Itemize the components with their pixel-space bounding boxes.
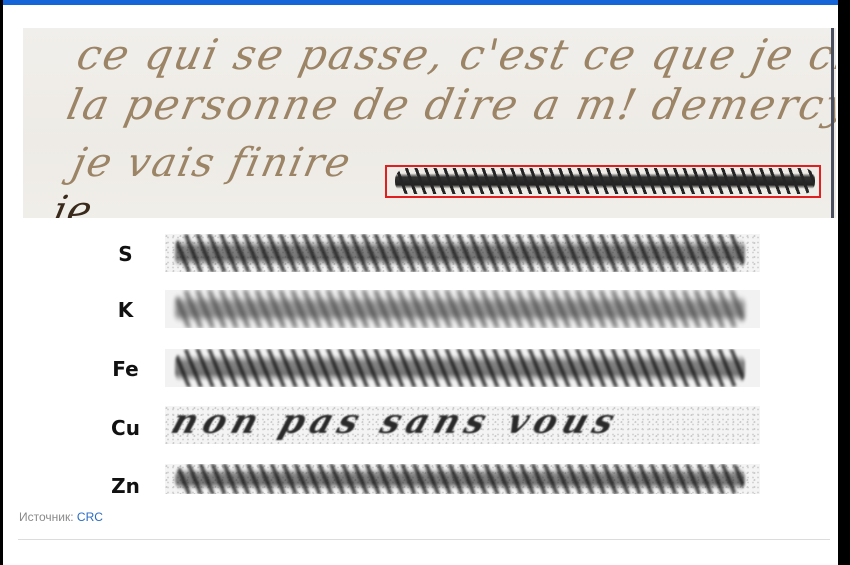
element-label: S <box>103 242 148 266</box>
scan-row-fe: Fe <box>3 347 838 391</box>
image-edge <box>831 28 834 218</box>
element-label: Zn <box>103 474 148 498</box>
article-page: ce qui se passe, c'est ce que je charge … <box>3 0 838 565</box>
source-link[interactable]: CRC <box>77 510 103 524</box>
scan-row-k: K <box>3 290 838 334</box>
scan-row-s: S <box>3 234 838 278</box>
scan-row-zn: Zn <box>3 460 838 504</box>
revealed-text: non pas sans vous <box>167 406 626 442</box>
divider <box>18 539 830 540</box>
manuscript-line: je ... ... <box>48 188 216 218</box>
scan-strip <box>165 349 760 387</box>
ink-trace <box>175 290 745 328</box>
scan-strip: non pas sans vous <box>165 406 760 444</box>
xrf-scan-panel: S K Fe Cu non pas sans vous Zn <box>3 222 838 494</box>
image-caption: Источник: CRC <box>19 510 103 524</box>
scan-strip <box>165 234 760 272</box>
top-accent-bar <box>3 0 838 5</box>
ink-trace <box>175 234 745 272</box>
manuscript-image: ce qui se passe, c'est ce que je charge … <box>23 28 836 218</box>
ink-trace <box>175 464 745 494</box>
element-label: Cu <box>103 416 148 440</box>
manuscript-line: ce qui se passe, c'est ce que je charge <box>73 30 836 79</box>
scan-strip <box>165 290 760 328</box>
element-label: K <box>103 298 148 322</box>
element-label: Fe <box>103 357 148 381</box>
source-label: Источник: <box>19 510 74 524</box>
ink-trace <box>175 349 745 387</box>
scan-strip <box>165 464 760 494</box>
scan-row-cu: Cu non pas sans vous <box>3 404 838 448</box>
highlight-box <box>385 165 821 198</box>
manuscript-line: je vais finire <box>68 140 356 186</box>
manuscript-line: la personne de dire a m! demercy <box>63 80 836 129</box>
